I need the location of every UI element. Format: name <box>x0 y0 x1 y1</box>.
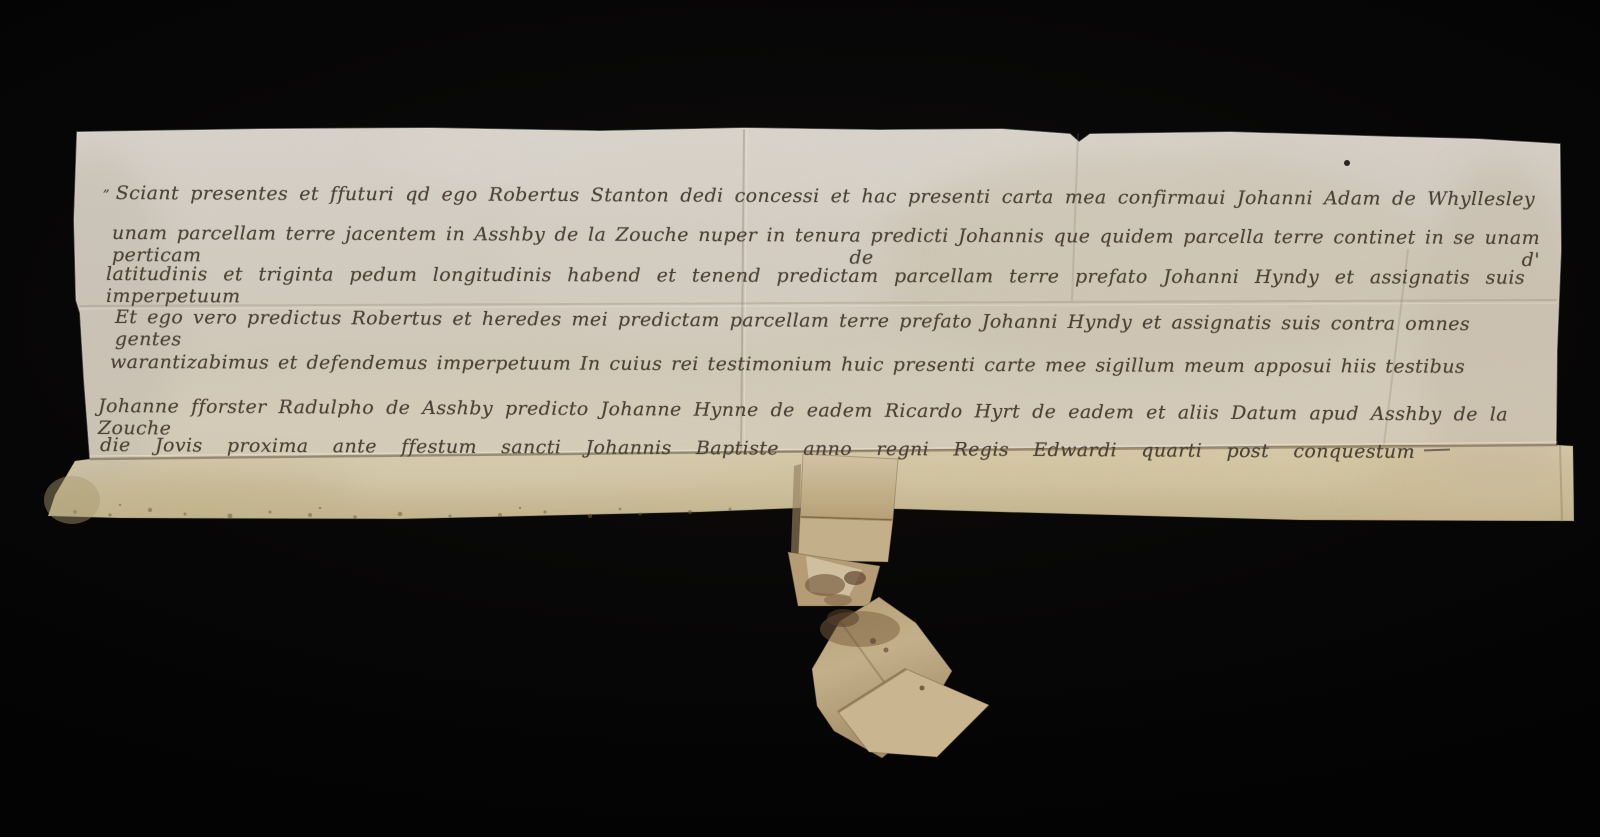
text-layer: „Sciant presentes et ffuturi qd ego Robe… <box>0 0 1600 837</box>
manuscript-line-4: Et ego vero predictus Robertus et herede… <box>115 306 1470 347</box>
manuscript-line-6: Johanne fforster Radulpho de Asshby pred… <box>98 395 1508 438</box>
line-1-text: Sciant presentes et ffuturi qd ego Rober… <box>116 182 1535 210</box>
manuscript-line-5: warantizabimus et defendemus imperpetuum… <box>110 351 1465 390</box>
manuscript-line-2: unam parcellam terre jacentem in Asshby … <box>112 222 1540 261</box>
photo-stage: „Sciant presentes et ffuturi qd ego Robe… <box>0 0 1600 837</box>
manuscript-line-3: latitudinis et triginta pedum longitudin… <box>106 263 1525 301</box>
line-end-flourish <box>1424 449 1450 452</box>
manuscript-line-7: die Jovis proxima ante ffestum sancti Jo… <box>100 434 1415 475</box>
manuscript-line-1: „Sciant presentes et ffuturi qd ego Robe… <box>103 180 1535 220</box>
opening-mark: „ <box>103 180 110 195</box>
